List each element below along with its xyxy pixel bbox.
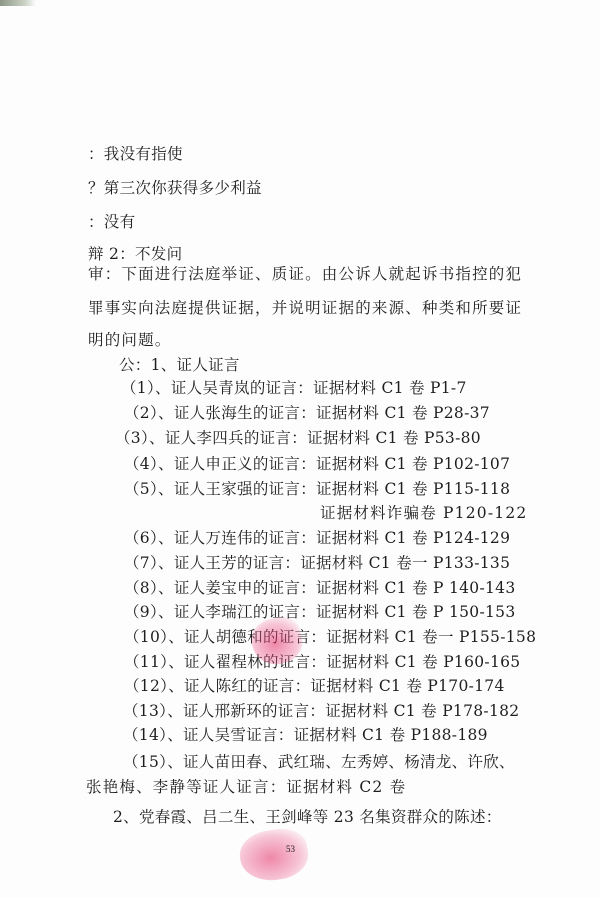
judge-statement-line: 审：下面进行法庭举证、质证。由公诉人就起诉书指控的犯 <box>88 262 522 284</box>
testimony-item: （13）、证人邢新环的证言：证据材料 C1 卷 P178-182 <box>123 699 519 721</box>
prosecution-heading: 公：1、证人证言 <box>119 353 240 375</box>
testimony-number: （7） <box>124 554 158 572</box>
testimony-item: （2）、证人张海生的证言：证据材料 C1 卷 P28-37 <box>124 401 490 423</box>
testimony-number: （10） <box>124 628 168 646</box>
testimony-text: 、证人翟程林的证言：证据材料 C1 卷 P160-165 <box>168 653 520 671</box>
testimony-number: （12） <box>124 677 168 695</box>
testimony-item: （6）、证人万连伟的证言：证据材料 C1 卷 P124-129 <box>124 526 510 548</box>
testimony-item: （4）、证人申正义的证言：证据材料 C1 卷 P102-107 <box>124 452 510 474</box>
testimony-number: （2） <box>124 404 158 422</box>
testimony-text: 、证人吴青岚的证言：证据材料 C1 卷 P1-7 <box>155 379 467 397</box>
testimony-number: （9） <box>124 603 158 621</box>
testimony-number: （3） <box>115 429 149 447</box>
testimony-text: 、证人陈红的证言：证据材料 C1 卷 P170-174 <box>168 677 504 695</box>
judge-statement-line: 罪事实向法庭提供证据，并说明证据的来源、种类和所要证 <box>88 296 522 318</box>
question-line: ？第三次你获得多少利益 <box>88 176 262 198</box>
testimony-item: （7）、证人王芳的证言：证据材料 C1 卷一 P133-135 <box>124 551 510 573</box>
answer-line: ：没有 <box>88 210 135 232</box>
testimony-number: （14） <box>123 726 167 744</box>
judge-statement-line: 明的问题。 <box>88 328 172 350</box>
testimony-item: （12）、证人陈红的证言：证据材料 C1 卷 P170-174 <box>124 674 505 696</box>
testimony-item: （5）、证人王家强的证言：证据材料 C1 卷 P115-118 <box>124 477 510 499</box>
testimony-continuation: 证据材料诈骗卷 P120-122 <box>320 501 527 523</box>
answer-line: ：我没有指使 <box>88 142 183 164</box>
testimony-number: （4） <box>124 455 158 473</box>
testimony-text: 、证人申正义的证言：证据材料 C1 卷 P102-107 <box>158 455 510 473</box>
fingerprint-seal <box>237 826 311 885</box>
testimony-number: （15） <box>123 753 167 771</box>
testimony-text: 、证人苗田春、武红瑞、左秀婷、杨清龙、许欣、 <box>167 753 515 771</box>
testimony-text: 、证人李瑞江的证言：证据材料 C1 卷 P 150-153 <box>158 603 515 621</box>
testimony-item: （11）、证人翟程林的证言：证据材料 C1 卷 P160-165 <box>124 650 520 672</box>
testimony-number: （11） <box>124 653 168 671</box>
testimony-number: （5） <box>124 480 158 498</box>
testimony-text: 、证人吴雪证言：证据材料 C1 卷 P188-189 <box>167 726 488 744</box>
testimony-item: （9）、证人李瑞江的证言：证据材料 C1 卷 P 150-153 <box>124 600 515 622</box>
testimony-number: （8） <box>124 579 158 597</box>
testimony-text: 、证人邢新环的证言：证据材料 C1 卷 P178-182 <box>167 702 519 720</box>
testimony-text: 、证人万连伟的证言：证据材料 C1 卷 P124-129 <box>158 529 510 547</box>
page-number: 53 <box>286 844 295 854</box>
testimony-item: （14）、证人吴雪证言：证据材料 C1 卷 P188-189 <box>123 723 488 745</box>
testimony-item: （15）、证人苗田春、武红瑞、左秀婷、杨清龙、许欣、 <box>123 750 515 772</box>
testimony-item: （10）、证人胡德和的证言：证据材料 C1 卷一 P155-158 <box>124 625 536 647</box>
defense-line: 辩 2：不发问 <box>88 242 182 264</box>
scan-edge-mark <box>0 0 36 6</box>
testimony-number: （13） <box>123 702 167 720</box>
testimony-text: 、证人胡德和的证言：证据材料 C1 卷一 P155-158 <box>168 628 536 646</box>
testimony-continuation: 张艳梅、李静等证人证言：证据材料 C2 卷 <box>86 775 406 797</box>
testimony-text: 、证人王家强的证言：证据材料 C1 卷 P115-118 <box>158 480 510 498</box>
testimony-number: （1） <box>121 379 155 397</box>
testimony-text: 、证人李四兵的证言：证据材料 C1 卷 P53-80 <box>149 429 481 447</box>
testimony-number: （6） <box>124 529 158 547</box>
testimony-item: （3）、证人李四兵的证言：证据材料 C1 卷 P53-80 <box>115 426 481 448</box>
item-2-heading: 2、党春霞、吕二生、王剑峰等 23 名集资群众的陈述： <box>113 805 502 827</box>
testimony-item: （8）、证人姜宝申的证言：证据材料 C1 卷 P 140-143 <box>124 576 515 598</box>
testimony-text: 、证人王芳的证言：证据材料 C1 卷一 P133-135 <box>158 554 510 572</box>
testimony-text: 、证人张海生的证言：证据材料 C1 卷 P28-37 <box>158 404 490 422</box>
testimony-item: （1）、证人吴青岚的证言：证据材料 C1 卷 P1-7 <box>121 376 467 398</box>
testimony-text: 、证人姜宝申的证言：证据材料 C1 卷 P 140-143 <box>158 579 515 597</box>
document-page: ：我没有指使 ？第三次你获得多少利益 ：没有 辩 2：不发问 审：下面进行法庭举… <box>0 0 600 898</box>
